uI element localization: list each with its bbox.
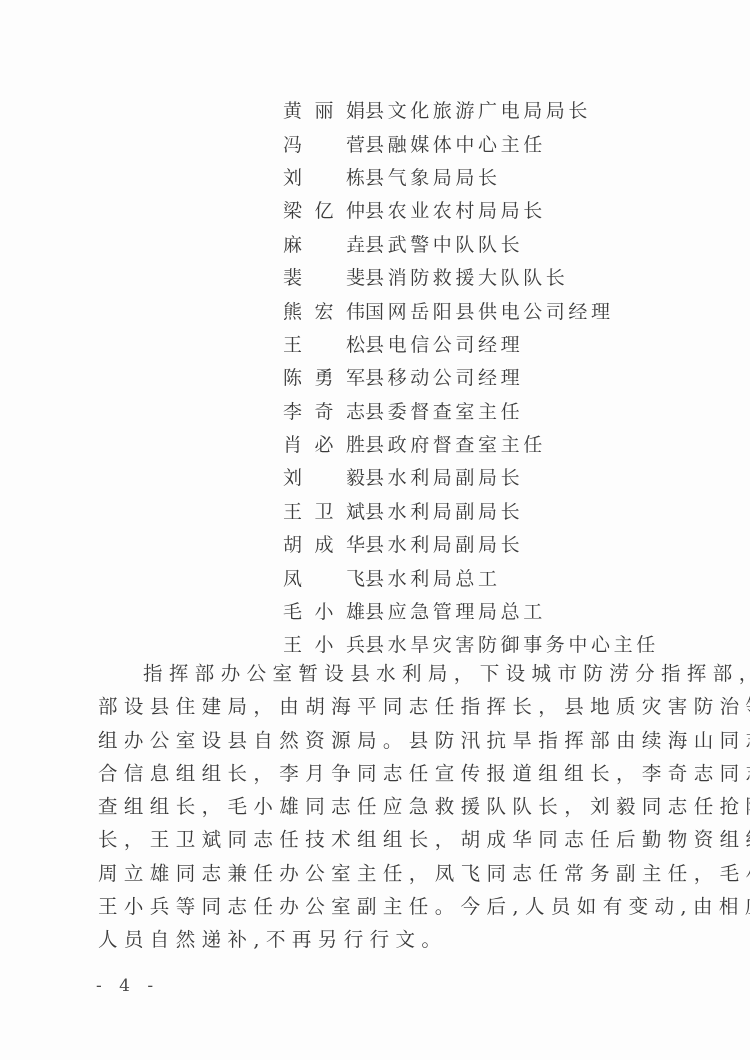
member-name: 陈勇军 <box>283 363 365 390</box>
member-name: 冯菅 <box>283 130 365 157</box>
paragraph-line: 查组组长，毛小雄同志任应急救援队队长，刘毅同志任抢险组组 <box>98 790 670 823</box>
member-name: 熊宏伟 <box>283 297 365 324</box>
member-name: 凤飞 <box>283 564 365 591</box>
member-name: 刘毅 <box>283 463 365 490</box>
member-title: 县政府督查室主任 <box>365 430 546 457</box>
member-row: 梁亿仲 县农业农村局局长 <box>283 193 703 226</box>
member-row: 王小兵 县水旱灾害防御事务中心主任 <box>283 627 703 660</box>
paragraph-line: 组办公室设县自然资源局。县防汛抗旱指挥部由续海山同志任综 <box>98 724 670 757</box>
member-row: 肖必胜 县政府督查室主任 <box>283 427 703 460</box>
member-row: 冯菅 县融媒体中心主任 <box>283 126 703 159</box>
body-paragraph: 指挥部办公室暂设县水利局，下设城市防涝分指挥部，指挥 部设县住建局，由胡海平同志… <box>98 657 670 957</box>
member-name: 毛小雄 <box>283 597 365 624</box>
member-row: 毛小雄 县应急管理局总工 <box>283 594 703 627</box>
member-row: 王卫斌 县水利局副局长 <box>283 494 703 527</box>
document-page: 黄丽娟 县文化旅游广电局局长 冯菅 县融媒体中心主任 刘栋 县气象局局长 梁亿仲… <box>0 0 750 1060</box>
member-name: 裴斐 <box>283 263 365 290</box>
member-name: 麻垚 <box>283 230 365 257</box>
page-number: - 4 - <box>96 976 159 996</box>
member-name: 王小兵 <box>283 630 365 657</box>
member-name: 李奇志 <box>283 397 365 424</box>
member-name: 刘栋 <box>283 163 365 190</box>
member-title: 县水利局副局长 <box>365 497 523 524</box>
paragraph-line: 长，王卫斌同志任技术组组长，胡成华同志任后勤物资组组长。 <box>98 823 670 856</box>
member-list: 黄丽娟 县文化旅游广电局局长 冯菅 县融媒体中心主任 刘栋 县气象局局长 梁亿仲… <box>283 93 703 661</box>
member-row: 胡成华 县水利局副局长 <box>283 527 703 560</box>
member-row: 刘栋 县气象局局长 <box>283 160 703 193</box>
member-name: 梁亿仲 <box>283 196 365 223</box>
member-row: 裴斐 县消防救援大队队长 <box>283 260 703 293</box>
member-title: 国网岳阳县供电公司经理 <box>365 297 614 324</box>
member-title: 县文化旅游广电局局长 <box>365 96 591 123</box>
paragraph-line: 部设县住建局，由胡海平同志任指挥长，县地质灾害防治领导小 <box>98 690 670 723</box>
member-title: 县农业农村局局长 <box>365 196 546 223</box>
paragraph-line: 周立雄同志兼任办公室主任，凤飞同志任常务副主任，毛小雄、 <box>98 857 670 890</box>
member-title: 县电信公司经理 <box>365 330 523 357</box>
member-title: 县武警中队队长 <box>365 230 523 257</box>
member-row: 李奇志 县委督查室主任 <box>283 394 703 427</box>
member-title: 县委督查室主任 <box>365 397 523 424</box>
paragraph-line: 人员自然递补,不再另行行文。 <box>98 923 670 956</box>
member-row: 黄丽娟 县文化旅游广电局局长 <box>283 93 703 126</box>
member-row: 刘毅 县水利局副局长 <box>283 460 703 493</box>
member-title: 县气象局局长 <box>365 163 501 190</box>
member-name: 王松 <box>283 330 365 357</box>
paragraph-line: 王小兵等同志任办公室副主任。今后,人员如有变动,由相应岗位 <box>98 890 670 923</box>
member-row: 王松 县电信公司经理 <box>283 327 703 360</box>
paragraph-line: 指挥部办公室暂设县水利局，下设城市防涝分指挥部，指挥 <box>98 657 670 690</box>
member-row: 麻垚 县武警中队队长 <box>283 227 703 260</box>
member-title: 县应急管理局总工 <box>365 597 546 624</box>
member-name: 王卫斌 <box>283 497 365 524</box>
member-name: 肖必胜 <box>283 430 365 457</box>
member-title: 县水利局总工 <box>365 564 501 591</box>
member-name: 黄丽娟 <box>283 96 365 123</box>
member-title: 县水旱灾害防御事务中心主任 <box>365 630 659 657</box>
member-title: 县消防救援大队队长 <box>365 263 568 290</box>
member-title: 县水利局副局长 <box>365 530 523 557</box>
member-title: 县移动公司经理 <box>365 363 523 390</box>
member-row: 陈勇军 县移动公司经理 <box>283 360 703 393</box>
member-title: 县水利局副局长 <box>365 463 523 490</box>
paragraph-line: 合信息组组长，李月争同志任宣传报道组组长，李奇志同志任督 <box>98 757 670 790</box>
member-row: 熊宏伟 国网岳阳县供电公司经理 <box>283 293 703 326</box>
member-row: 凤飞 县水利局总工 <box>283 560 703 593</box>
member-name: 胡成华 <box>283 530 365 557</box>
member-title: 县融媒体中心主任 <box>365 130 546 157</box>
